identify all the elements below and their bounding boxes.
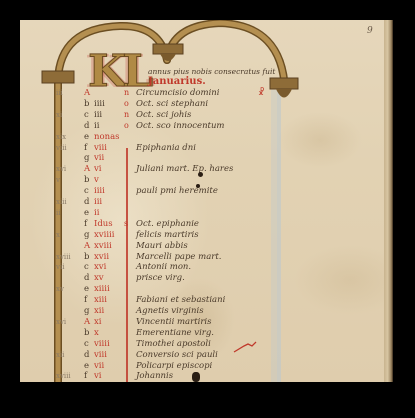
feast-entry: prisce virg. xyxy=(136,273,185,283)
golden-number: x xyxy=(56,230,78,240)
row-marker: n xyxy=(124,110,134,120)
feast-entry: Emerentiane virg. xyxy=(136,328,214,338)
feast-entry: Timothei apostoli xyxy=(136,339,211,349)
golden-number: v xyxy=(56,175,78,185)
roman-date: vi xyxy=(94,164,122,174)
roman-date: viiii xyxy=(94,339,122,349)
feast-entry: Conversio sci pauli xyxy=(136,350,218,360)
roman-date: xviiii xyxy=(94,230,122,240)
month-title: Januarius. xyxy=(148,77,206,87)
row-marker: o xyxy=(124,99,134,109)
roman-date: vii xyxy=(94,361,122,371)
feast-entry: Oct. sci stephani xyxy=(136,99,208,109)
feast-entry: Agnetis virginis xyxy=(136,306,204,316)
feast-entry: Epiphania dni xyxy=(136,143,196,153)
feast-entry: Vincentii martiris xyxy=(136,317,211,327)
roman-date: vii xyxy=(94,153,122,163)
golden-number: vii xyxy=(56,262,78,272)
feast-entry: Oct. sco innocentum xyxy=(136,121,225,131)
roman-date: v xyxy=(94,175,122,185)
roman-date: xi xyxy=(94,317,122,327)
golden-number: xi xyxy=(56,110,78,120)
rubric-marker: ☧ xyxy=(258,88,265,98)
feast-entry: Circumcisio domini xyxy=(136,88,220,98)
row-marker: n xyxy=(124,88,134,98)
golden-number: xix xyxy=(56,132,78,142)
roman-date: iii xyxy=(94,110,122,120)
roman-date: x xyxy=(94,328,122,338)
feast-entry: Fabiani et sebastiani xyxy=(136,295,225,305)
golden-number: ii xyxy=(56,208,78,218)
row-marker: o xyxy=(124,121,134,131)
feast-entry: Oct. epiphanie xyxy=(136,219,199,229)
roman-date: xiii xyxy=(94,295,122,305)
roman-date: iiii xyxy=(94,99,122,109)
feast-entry: Johannis xyxy=(136,371,173,381)
golden-number: iii xyxy=(56,88,78,98)
golden-number: xviii xyxy=(56,252,78,262)
roman-date: xvi xyxy=(94,262,122,272)
roman-date: xviii xyxy=(94,241,122,251)
golden-number: viii xyxy=(56,143,78,153)
feast-entry: Policarpi episcopi xyxy=(136,361,212,371)
roman-date: xiiii xyxy=(94,284,122,294)
feast-entry: Antonii mon. xyxy=(136,262,191,272)
ink-blot xyxy=(196,184,200,188)
roman-date: viii xyxy=(94,143,122,153)
manuscript-page: 9 KL annus pius nobis consecratus fuit J… xyxy=(20,20,393,382)
golden-number: xviii xyxy=(56,371,78,381)
folio-number: 9 xyxy=(367,26,373,36)
roman-date: ii xyxy=(94,208,122,218)
roman-date: nonas xyxy=(94,132,122,142)
ink-blot xyxy=(192,372,200,382)
feast-entry: pauli pmi heremite xyxy=(136,186,218,196)
red-marginal-mark xyxy=(232,340,258,354)
roman-date: vi xyxy=(94,371,122,381)
red-rule xyxy=(126,148,128,382)
golden-number: xv xyxy=(56,284,78,294)
golden-number: xvi xyxy=(56,317,78,327)
golden-number: xii xyxy=(56,350,78,360)
golden-number: xiii xyxy=(56,197,78,207)
roman-date: xv xyxy=(94,273,122,283)
roman-date: iiii xyxy=(94,186,122,196)
feast-entry: Mauri abbis xyxy=(136,241,188,251)
feast-entry: Juliani mart. Ep. hares xyxy=(136,164,233,174)
ink-blot xyxy=(198,172,203,177)
roman-date: viii xyxy=(94,350,122,360)
roman-date: xvii xyxy=(94,252,122,262)
roman-date: Idus xyxy=(94,219,122,229)
feast-entry: Marcelli pape mart. xyxy=(136,252,221,262)
roman-date: ii xyxy=(94,121,122,131)
golden-number: xvi xyxy=(56,164,78,174)
row-marker: s xyxy=(124,219,134,229)
dominical-letter: A xyxy=(84,88,96,98)
feast-entry: Oct. sci johis xyxy=(136,110,191,120)
roman-date: xii xyxy=(94,306,122,316)
feast-entry: felicis martiris xyxy=(136,230,199,240)
roman-date: iii xyxy=(94,197,122,207)
